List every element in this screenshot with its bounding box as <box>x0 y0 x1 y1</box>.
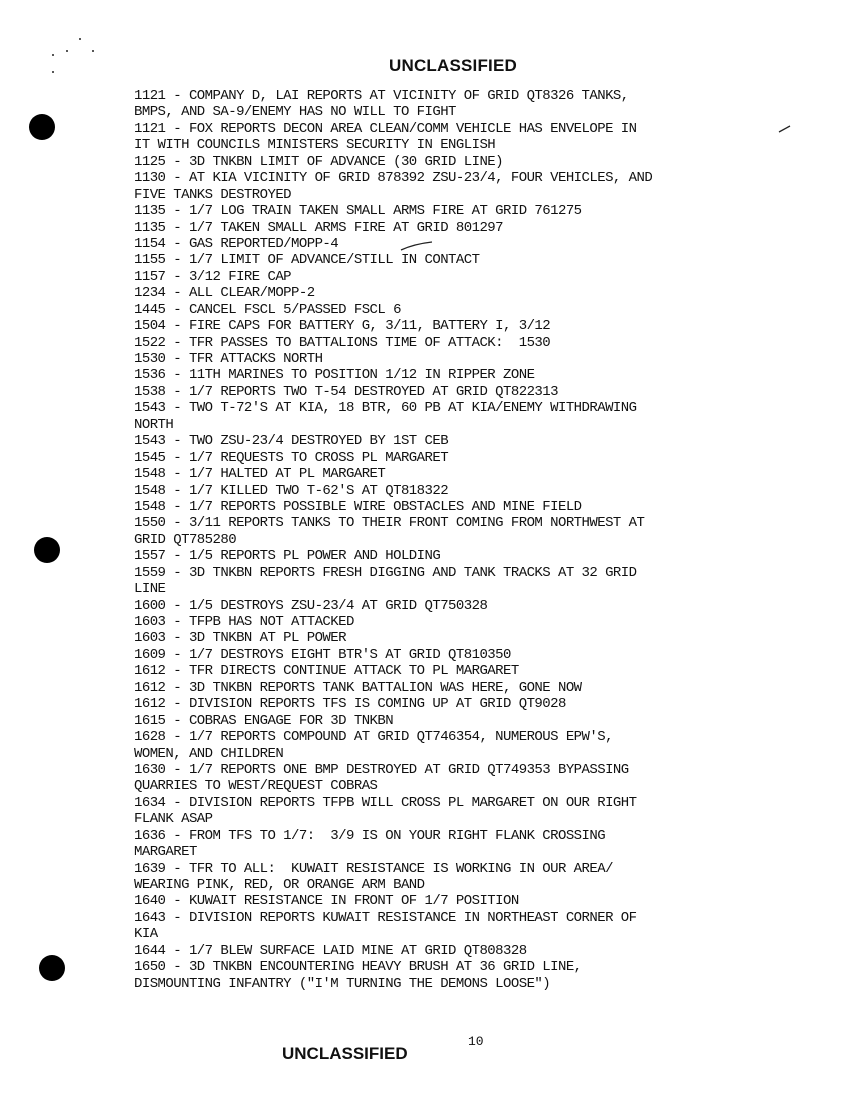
log-line: 1609 - 1/7 DESTROYS EIGHT BTR'S AT GRID … <box>134 647 814 663</box>
log-line: FIVE TANKS DESTROYED <box>134 187 814 203</box>
page-number: 10 <box>468 1034 484 1049</box>
log-line: 1557 - 1/5 REPORTS PL POWER AND HOLDING <box>134 548 814 564</box>
log-line: QUARRIES TO WEST/REQUEST COBRAS <box>134 778 814 794</box>
log-line: 1157 - 3/12 FIRE CAP <box>134 269 814 285</box>
classification-header-text: UNCLASSIFIED <box>389 56 517 75</box>
log-line: 1504 - FIRE CAPS FOR BATTERY G, 3/11, BA… <box>134 318 814 334</box>
log-line: 1634 - DIVISION REPORTS TFPB WILL CROSS … <box>134 795 814 811</box>
log-line: 1522 - TFR PASSES TO BATTALIONS TIME OF … <box>134 335 814 351</box>
log-line: 1135 - 1/7 LOG TRAIN TAKEN SMALL ARMS FI… <box>134 203 814 219</box>
classification-header: UNCLASSIFIED <box>0 56 850 76</box>
log-line: 1135 - 1/7 TAKEN SMALL ARMS FIRE AT GRID… <box>134 220 814 236</box>
log-line: 1548 - 1/7 HALTED AT PL MARGARET <box>134 466 814 482</box>
log-line: 1603 - TFPB HAS NOT ATTACKED <box>134 614 814 630</box>
log-line: 1644 - 1/7 BLEW SURFACE LAID MINE AT GRI… <box>134 943 814 959</box>
log-line: 1121 - COMPANY D, LAI REPORTS AT VICINIT… <box>134 88 814 104</box>
log-line: 1612 - DIVISION REPORTS TFS IS COMING UP… <box>134 696 814 712</box>
log-line: 1234 - ALL CLEAR/MOPP-2 <box>134 285 814 301</box>
log-line: 1125 - 3D TNKBN LIMIT OF ADVANCE (30 GRI… <box>134 154 814 170</box>
punch-hole-icon <box>34 537 60 563</box>
log-line: 1130 - AT KIA VICINITY OF GRID 878392 ZS… <box>134 170 814 186</box>
log-line: 1639 - TFR TO ALL: KUWAIT RESISTANCE IS … <box>134 861 814 877</box>
scan-speck <box>66 50 68 52</box>
log-line: IT WITH COUNCILS MINISTERS SECURITY IN E… <box>134 137 814 153</box>
log-line: 1612 - 3D TNKBN REPORTS TANK BATTALION W… <box>134 680 814 696</box>
log-line: LINE <box>134 581 814 597</box>
log-line: WOMEN, AND CHILDREN <box>134 746 814 762</box>
log-line: 1121 - FOX REPORTS DECON AREA CLEAN/COMM… <box>134 121 814 137</box>
log-line: MARGARET <box>134 844 814 860</box>
log-line: 1543 - TWO T-72'S AT KIA, 18 BTR, 60 PB … <box>134 400 814 416</box>
log-line: FLANK ASAP <box>134 811 814 827</box>
scan-speck <box>79 38 81 40</box>
log-line: 1154 - GAS REPORTED/MOPP-4 <box>134 236 814 252</box>
log-line: 1543 - TWO ZSU-23/4 DESTROYED BY 1ST CEB <box>134 433 814 449</box>
log-line: 1643 - DIVISION REPORTS KUWAIT RESISTANC… <box>134 910 814 926</box>
log-line: 1548 - 1/7 KILLED TWO T-62'S AT QT818322 <box>134 483 814 499</box>
pen-mark-icon <box>778 124 792 134</box>
log-line: 1603 - 3D TNKBN AT PL POWER <box>134 630 814 646</box>
log-line: 1650 - 3D TNKBN ENCOUNTERING HEAVY BRUSH… <box>134 959 814 975</box>
log-line: 1640 - KUWAIT RESISTANCE IN FRONT OF 1/7… <box>134 893 814 909</box>
punch-hole-icon <box>39 955 65 981</box>
log-line: WEARING PINK, RED, OR ORANGE ARM BAND <box>134 877 814 893</box>
pen-mark-icon <box>400 240 434 252</box>
log-line: NORTH <box>134 417 814 433</box>
log-line: 1630 - 1/7 REPORTS ONE BMP DESTROYED AT … <box>134 762 814 778</box>
log-line: 1550 - 3/11 REPORTS TANKS TO THEIR FRONT… <box>134 515 814 531</box>
log-line: 1612 - TFR DIRECTS CONTINUE ATTACK TO PL… <box>134 663 814 679</box>
log-line: KIA <box>134 926 814 942</box>
punch-hole-icon <box>29 114 55 140</box>
log-line: 1600 - 1/5 DESTROYS ZSU-23/4 AT GRID QT7… <box>134 598 814 614</box>
scan-speck <box>92 50 94 52</box>
event-log: 1121 - COMPANY D, LAI REPORTS AT VICINIT… <box>134 88 814 992</box>
log-line: BMPS, AND SA-9/ENEMY HAS NO WILL TO FIGH… <box>134 104 814 120</box>
log-line: 1615 - COBRAS ENGAGE FOR 3D TNKBN <box>134 713 814 729</box>
log-line: 1536 - 11TH MARINES TO POSITION 1/12 IN … <box>134 367 814 383</box>
log-line: 1155 - 1/7 LIMIT OF ADVANCE/STILL IN CON… <box>134 252 814 268</box>
log-line: 1559 - 3D TNKBN REPORTS FRESH DIGGING AN… <box>134 565 814 581</box>
log-line: 1530 - TFR ATTACKS NORTH <box>134 351 814 367</box>
log-line: 1445 - CANCEL FSCL 5/PASSED FSCL 6 <box>134 302 814 318</box>
log-line: GRID QT785280 <box>134 532 814 548</box>
log-line: 1538 - 1/7 REPORTS TWO T-54 DESTROYED AT… <box>134 384 814 400</box>
classification-footer: UNCLASSIFIED <box>282 1044 408 1064</box>
log-line: 1545 - 1/7 REQUESTS TO CROSS PL MARGARET <box>134 450 814 466</box>
log-line: 1636 - FROM TFS TO 1/7: 3/9 IS ON YOUR R… <box>134 828 814 844</box>
log-line: DISMOUNTING INFANTRY ("I'M TURNING THE D… <box>134 976 814 992</box>
log-line: 1628 - 1/7 REPORTS COMPOUND AT GRID QT74… <box>134 729 814 745</box>
log-line: 1548 - 1/7 REPORTS POSSIBLE WIRE OBSTACL… <box>134 499 814 515</box>
